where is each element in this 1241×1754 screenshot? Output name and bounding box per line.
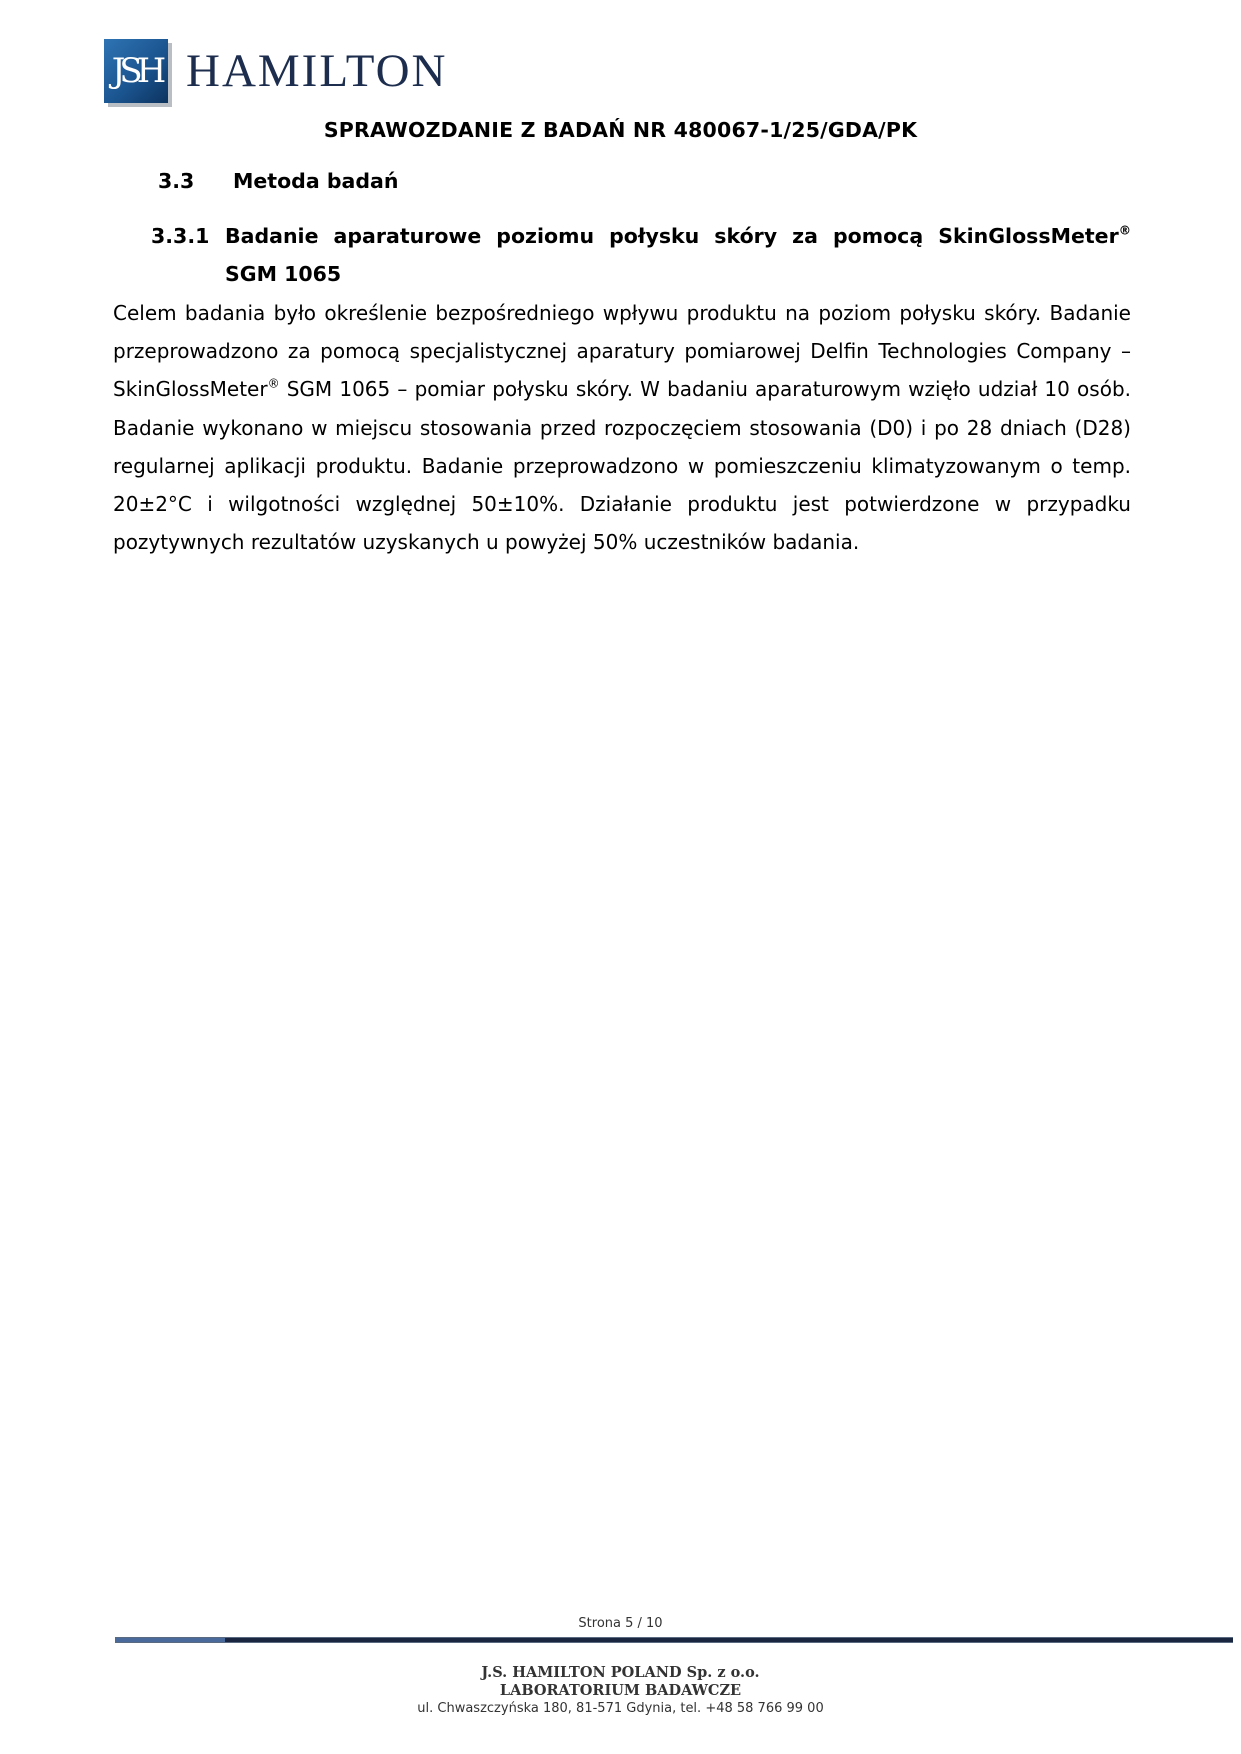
section-number: 3.3 — [158, 169, 233, 193]
footer-divider — [115, 1637, 1233, 1643]
section-heading: 3.3Metoda badań — [158, 169, 398, 193]
subsection-title-text: Badanie aparaturowe poziomu połysku skór… — [225, 224, 1119, 248]
footer-company: J.S. HAMILTON POLAND Sp. z o.o. — [0, 1664, 1241, 1682]
registered-mark: ® — [268, 377, 280, 391]
logo-monogram-box: JSH — [104, 39, 168, 103]
footer: J.S. HAMILTON POLAND Sp. z o.o. LABORATO… — [0, 1664, 1241, 1718]
logo-wordmark: HAMILTON — [186, 48, 447, 95]
logo-monogram: JSH — [112, 54, 161, 88]
subsection-title-line1: Badanie aparaturowe poziomu połysku skór… — [225, 217, 1131, 255]
subsection-title-line2: SGM 1065 — [225, 255, 1131, 293]
footer-divider-accent — [115, 1638, 225, 1642]
subsection-number: 3.3.1 — [151, 217, 209, 255]
registered-mark: ® — [1119, 223, 1131, 237]
subsection-heading: 3.3.1 Badanie aparaturowe poziomu połysk… — [151, 217, 1131, 293]
body-part2: SGM 1065 – pomiar połysku skóry. W badan… — [113, 377, 1131, 554]
method-description: Celem badania było określenie bezpośredn… — [113, 294, 1131, 561]
document-title: SPRAWOZDANIE Z BADAŃ NR 480067-1/25/GDA/… — [0, 118, 1241, 142]
company-logo: JSH HAMILTON — [104, 38, 447, 104]
page-number: Strona 5 / 10 — [0, 1616, 1241, 1631]
section-title: Metoda badań — [233, 169, 398, 193]
footer-address: ul. Chwaszczyńska 180, 81-571 Gdynia, te… — [0, 1700, 1241, 1718]
footer-lab: LABORATORIUM BADAWCZE — [0, 1682, 1241, 1700]
